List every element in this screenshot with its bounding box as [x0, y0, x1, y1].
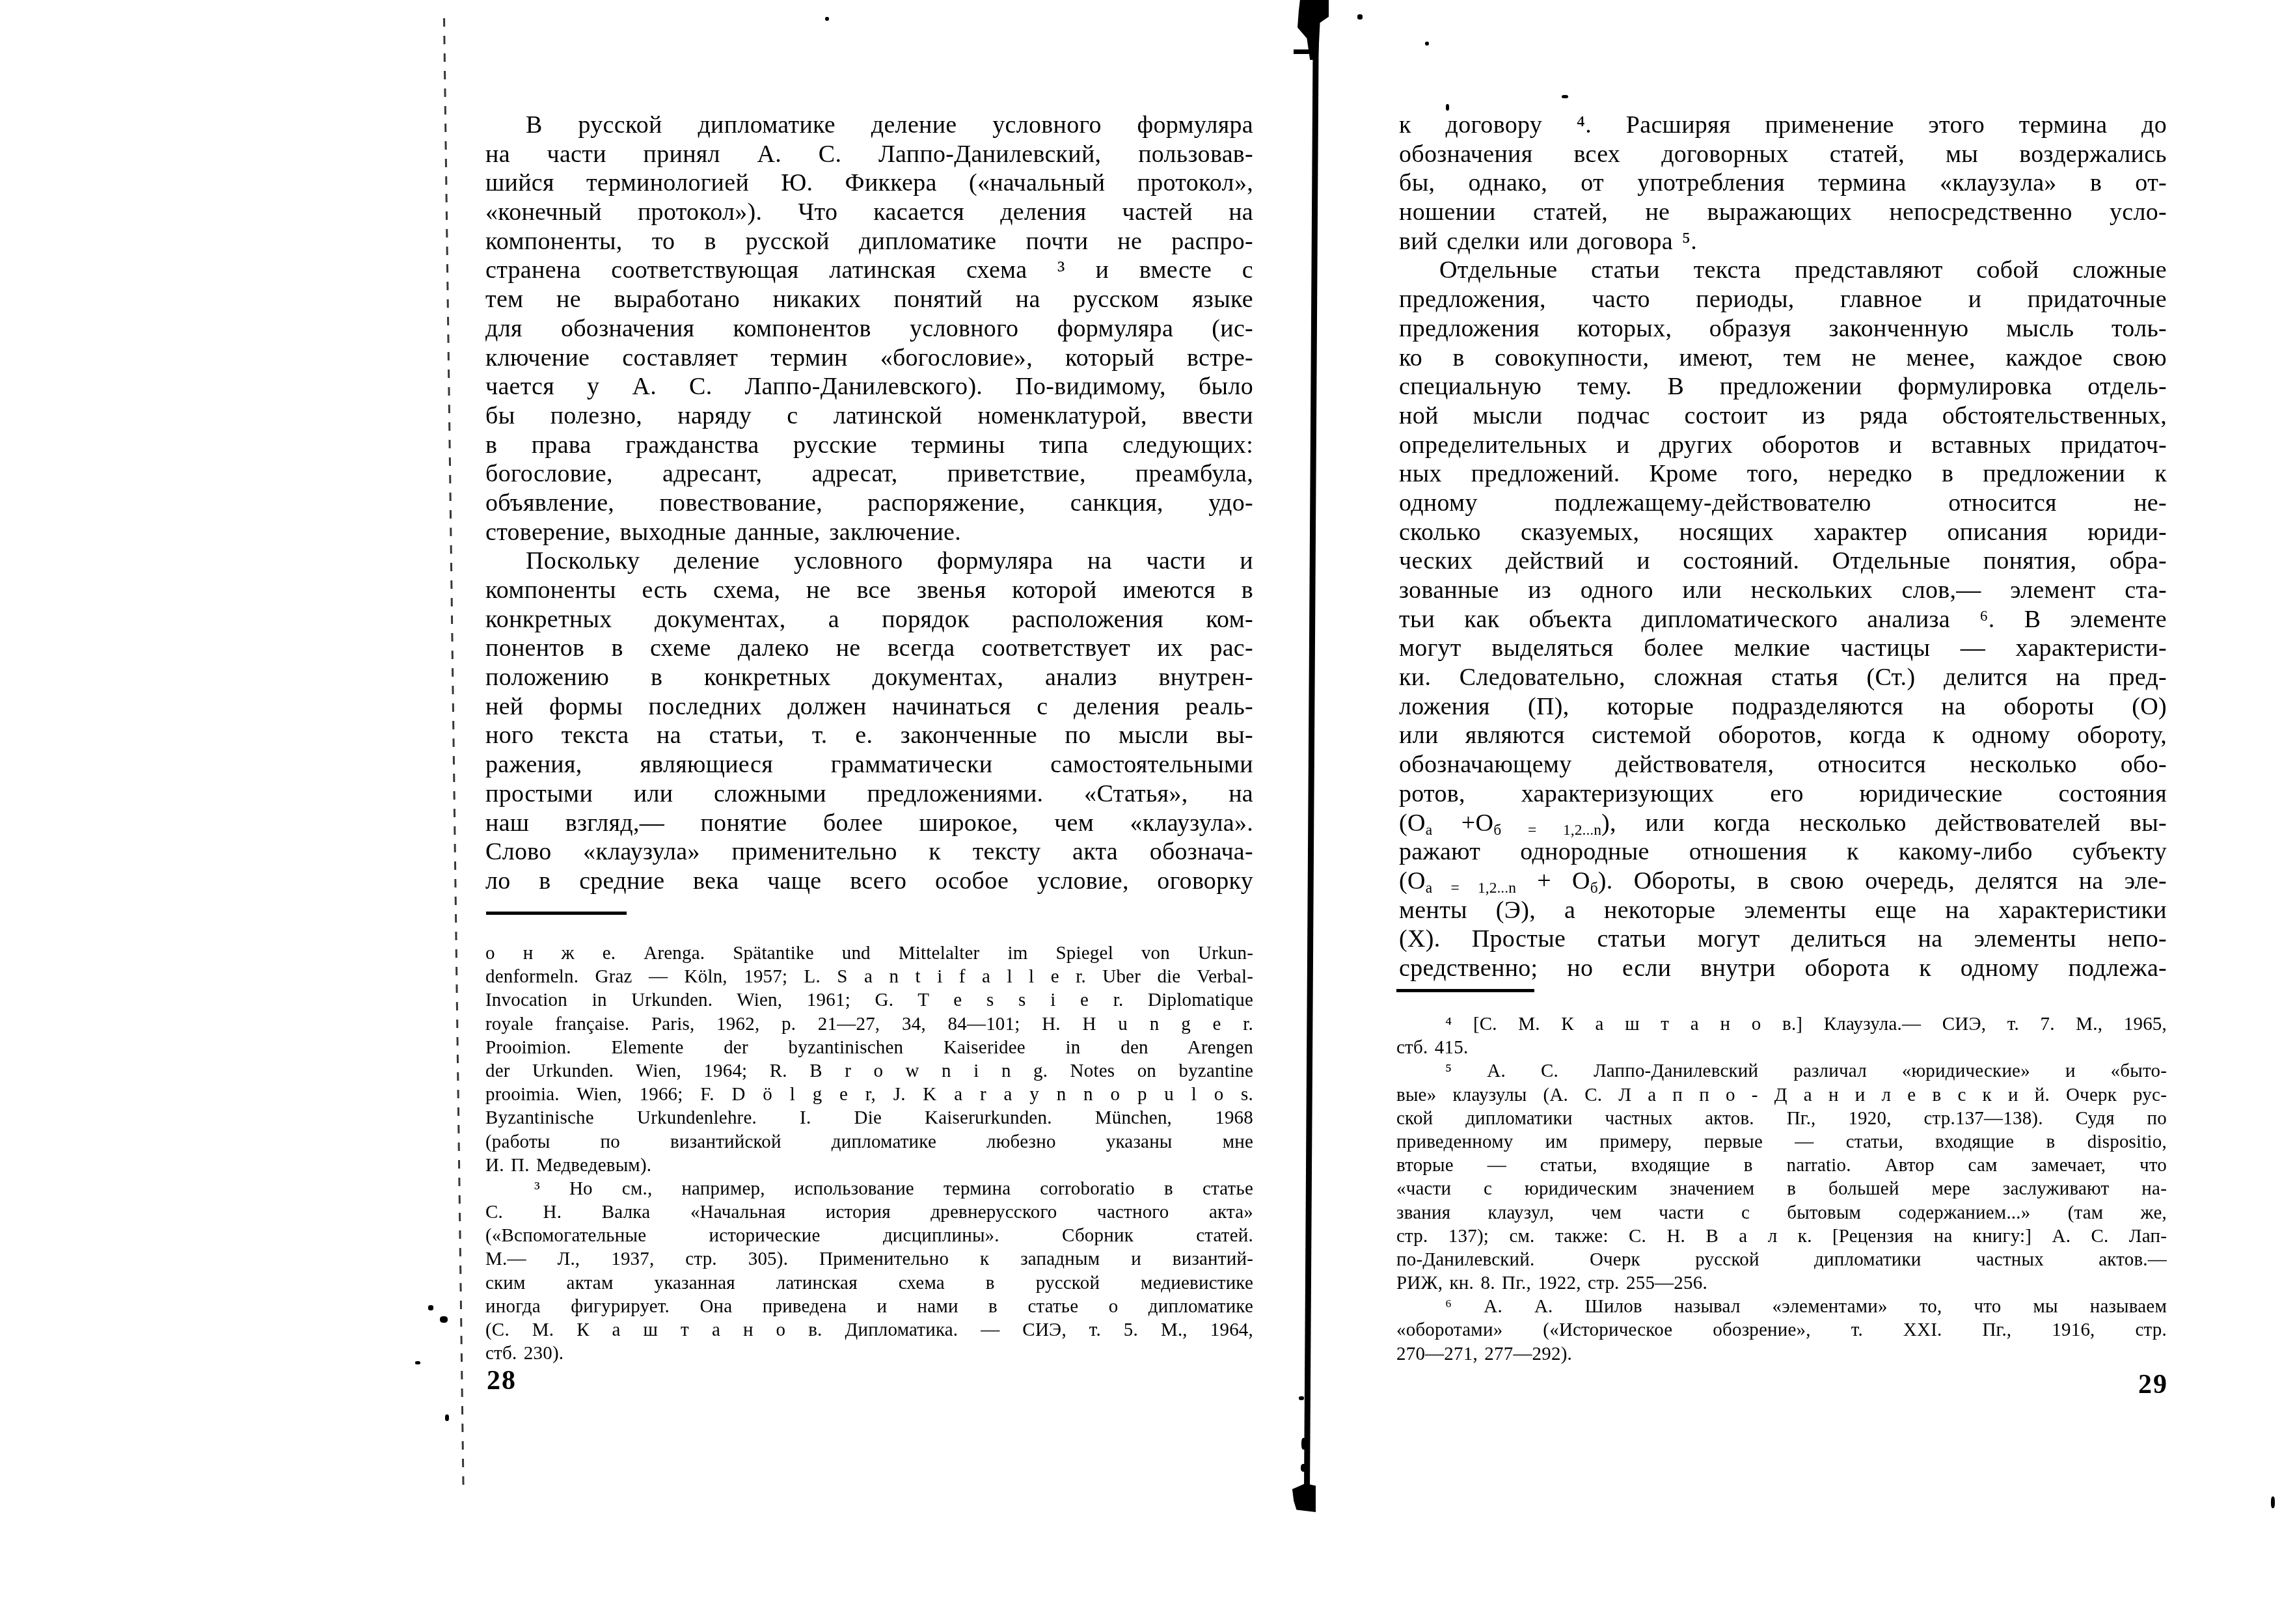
gutter-ink-blob-bottom [1292, 1483, 1316, 1512]
text-line: (Оа = 1,2...n + Об). Обороты, в свою оче… [1399, 867, 2167, 896]
right-page-main-text: к договору ⁴. Расширяя применение этого … [1399, 111, 2167, 983]
gutter-ink-tick [1294, 49, 1316, 54]
text-line: положению в конкретных документах, анали… [485, 663, 1253, 692]
scanned-book-spread: В русской дипломатике деление условного … [0, 0, 2282, 1624]
text-line: ключение составляет термин «богословие»,… [485, 344, 1253, 373]
text-line: «части с юридическим значением в большей… [1396, 1177, 2167, 1200]
text-line: на части принял А. С. Лаппо-Данилевский,… [485, 140, 1253, 169]
text-line: ки. Следовательно, сложная статья (Ст.) … [1399, 663, 2167, 692]
text-line: prooimia. Wien, 1966; F. D ö l g e r, J.… [485, 1083, 1253, 1106]
text-line: чается у А. С. Лаппо-Данилевского). По-в… [485, 372, 1253, 401]
text-line: компоненты, то в русской дипломатике поч… [485, 227, 1253, 256]
text-line: по-Данилевский. Очерк русской дипломатик… [1396, 1248, 2167, 1271]
text-line: предложения которых, образуя законченную… [1399, 314, 2167, 344]
scan-speck [1562, 95, 1568, 98]
left-page-footnote-rule [486, 912, 627, 915]
text-line: ной мысли подчас состоит из ряда обстоят… [1399, 401, 2167, 431]
text-line: конкретных документах, а порядок располо… [485, 605, 1253, 634]
text-line: ного текста на статьи, т. е. законченные… [485, 721, 1253, 750]
scan-speck [1301, 1438, 1306, 1450]
text-line: тьи как объекта дипломатического анализа… [1399, 605, 2167, 634]
scan-speck [415, 1361, 420, 1364]
scan-speck [2271, 1496, 2275, 1508]
right-page-number: 29 [2119, 1369, 2168, 1400]
text-line: Поскольку деление условного формуляра на… [485, 547, 1253, 576]
text-line: понентов в схеме далеко не всегда соотве… [485, 634, 1253, 663]
text-line: РИЖ, кн. 8. Пг., 1922, стр. 255—256. [1396, 1271, 2167, 1295]
text-line: иногда фигурирует. Она приведена и нами … [485, 1295, 1253, 1318]
scan-speck [1299, 1396, 1304, 1400]
text-line: определительных и других оборотов и вста… [1399, 431, 2167, 460]
text-line: к договору ⁴. Расширяя применение этого … [1399, 111, 2167, 140]
text-line: бы, однако, от употребления термина «кла… [1399, 169, 2167, 198]
text-line: ных предложений. Кроме того, нередко в п… [1399, 459, 2167, 489]
scan-speck [1301, 1464, 1307, 1472]
text-line: (Оа +Об = 1,2...n), или когда несколько … [1399, 809, 2167, 838]
text-line: вий сделки или договора ⁵. [1399, 227, 2167, 256]
text-line: сколько сказуемых, носящих характер опис… [1399, 518, 2167, 547]
text-line: могут выделяться более мелкие частицы — … [1399, 634, 2167, 663]
left-page-footnotes: о н ж е. Arenga. Spätantike und Mittelal… [485, 941, 1253, 1365]
text-line: стоверение, выходные данные, заключение. [485, 518, 1253, 547]
scan-speck [1357, 14, 1363, 20]
text-line: бы полезно, наряду с латинской номенклат… [485, 401, 1253, 431]
text-line: ⁶ А. А. Шилов называл «элементами» то, ч… [1396, 1295, 2167, 1318]
text-line: royale française. Paris, 1962, p. 21—27,… [485, 1012, 1253, 1036]
scan-speck [825, 17, 829, 21]
text-line: приведенному им примеру, первые — статьи… [1396, 1130, 2167, 1154]
text-line: наш взгляд,— понятие более широкое, чем … [485, 809, 1253, 838]
text-line: С. Н. Валка «Начальная история древнерус… [485, 1200, 1253, 1224]
text-line: ко в совокупности, имеют, тем не менее, … [1399, 344, 2167, 373]
text-line: 270—271, 277—292). [1396, 1342, 2167, 1366]
text-line: тем не выработано никаких понятий на рус… [485, 285, 1253, 314]
text-line: ней формы последних должен начинаться с … [485, 692, 1253, 722]
text-line: Byzantinische Urkundenlehre. I. Die Kais… [485, 1106, 1253, 1130]
scan-speck [440, 1316, 448, 1323]
book-gutter-line [1304, 0, 1319, 1511]
left-page-main-text: В русской дипломатике деление условного … [485, 111, 1253, 896]
text-line: зованные из одного или нескольких слов,—… [1399, 576, 2167, 605]
text-line: менты (Э), а некоторые элементы еще на х… [1399, 896, 2167, 925]
text-line: Prooimion. Elemente der byzantinischen K… [485, 1036, 1253, 1059]
right-page-footnotes: ⁴ [С. М. К а ш т а н о в.] Клаузула.— СИ… [1396, 1012, 2167, 1366]
scan-speck [428, 1305, 433, 1310]
text-line: Invocation in Urkunden. Wien, 1961; G. T… [485, 988, 1253, 1012]
text-line: обозначающему действователя, относится н… [1399, 750, 2167, 779]
text-line: И. П. Медведевым). [485, 1154, 1253, 1177]
text-line: («Вспомогательные исторические дисциплин… [485, 1224, 1253, 1247]
text-line: ражения, являющиеся грамматически самост… [485, 750, 1253, 779]
text-line: ⁴ [С. М. К а ш т а н о в.] Клаузула.— СИ… [1396, 1012, 2167, 1036]
text-line: странена соответствующая латинская схема… [485, 256, 1253, 285]
text-line: denformeln. Graz — Köln, 1957; L. S a n … [485, 965, 1253, 988]
text-line: Отдельные статьи текста представляют соб… [1399, 256, 2167, 285]
scan-speck [1446, 104, 1449, 111]
text-line: вые» клаузулы (А. С. Л а п п о - Д а н и… [1396, 1083, 2167, 1107]
text-line: М.— Л., 1937, стр. 305). Применительно к… [485, 1247, 1253, 1271]
right-page-footnote-rule [1396, 989, 1534, 992]
text-line: der Urkunden. Wien, 1964; R. B r o w n i… [485, 1059, 1253, 1083]
text-line: для обозначения компонентов условного фо… [485, 314, 1253, 344]
scan-speck [1425, 42, 1429, 46]
text-line: о н ж е. Arenga. Spätantike und Mittelal… [485, 941, 1253, 965]
left-page-number: 28 [487, 1365, 517, 1396]
text-line: ражают однородные отношения к какому-либ… [1399, 837, 2167, 867]
text-line: ской дипломатики частных актов. Пг., 192… [1396, 1107, 2167, 1130]
text-line: ческих действий и состояний. Отдельные п… [1399, 547, 2167, 576]
text-line: Слово «клаузула» применительно к тексту … [485, 837, 1253, 867]
text-line: предложения, часто периоды, главное и пр… [1399, 285, 2167, 314]
scan-left-margin-line [443, 18, 465, 1494]
text-line: одному подлежащему-действователю относит… [1399, 489, 2167, 518]
text-line: ло в средние века чаще всего особое усло… [485, 867, 1253, 896]
text-line: ложения (П), которые подразделяются на о… [1399, 692, 2167, 722]
text-line: ⁵ А. С. Лаппо-Данилевский различал «юрид… [1396, 1059, 2167, 1083]
text-line: специальную тему. В предложении формулир… [1399, 372, 2167, 401]
text-line: богословие, адресант, адресат, приветств… [485, 459, 1253, 489]
text-line: шийся терминологией Ю. Фиккера («начальн… [485, 169, 1253, 198]
text-line: компоненты есть схема, не все звенья кот… [485, 576, 1253, 605]
text-line: стр. 137); см. также: С. Н. В а л к. [Ре… [1396, 1225, 2167, 1248]
text-line: вторые — статьи, входящие в narratio. Ав… [1396, 1154, 2167, 1177]
text-line: «оборотами» («Историческое обозрение», т… [1396, 1318, 2167, 1342]
text-line: (С. М. К а ш т а н о в. Дипломатика. — С… [485, 1318, 1253, 1342]
text-line: ³ Но см., например, использование термин… [485, 1177, 1253, 1200]
text-line: средственно; но если внутри оборота к од… [1399, 954, 2167, 983]
text-line: В русской дипломатике деление условного … [485, 111, 1253, 140]
text-line: обозначения всех договорных статей, мы в… [1399, 140, 2167, 169]
scan-speck [445, 1414, 449, 1421]
text-line: стб. 230). [485, 1342, 1253, 1365]
text-line: стб. 415. [1396, 1036, 2167, 1059]
text-line: (работы по византийской дипломатике любе… [485, 1130, 1253, 1154]
text-line: «конечный протокол»). Что касается делен… [485, 198, 1253, 227]
text-line: простыми или сложными предложениями. «Ст… [485, 779, 1253, 809]
text-line: ротов, характеризующих его юридические с… [1399, 779, 2167, 809]
text-line: ношении статей, не выражающих непосредст… [1399, 198, 2167, 227]
text-line: объявление, повествование, распоряжение,… [485, 489, 1253, 518]
text-line: (Х). Простые статьи могут делиться на эл… [1399, 925, 2167, 954]
text-line: звания клаузул, чем части с бытовым соде… [1396, 1201, 2167, 1225]
text-line: в права гражданства русские термины типа… [485, 431, 1253, 460]
text-line: ским актам указанная латинская схема в р… [485, 1271, 1253, 1295]
text-line: или являются системой оборотов, когда к … [1399, 721, 2167, 750]
